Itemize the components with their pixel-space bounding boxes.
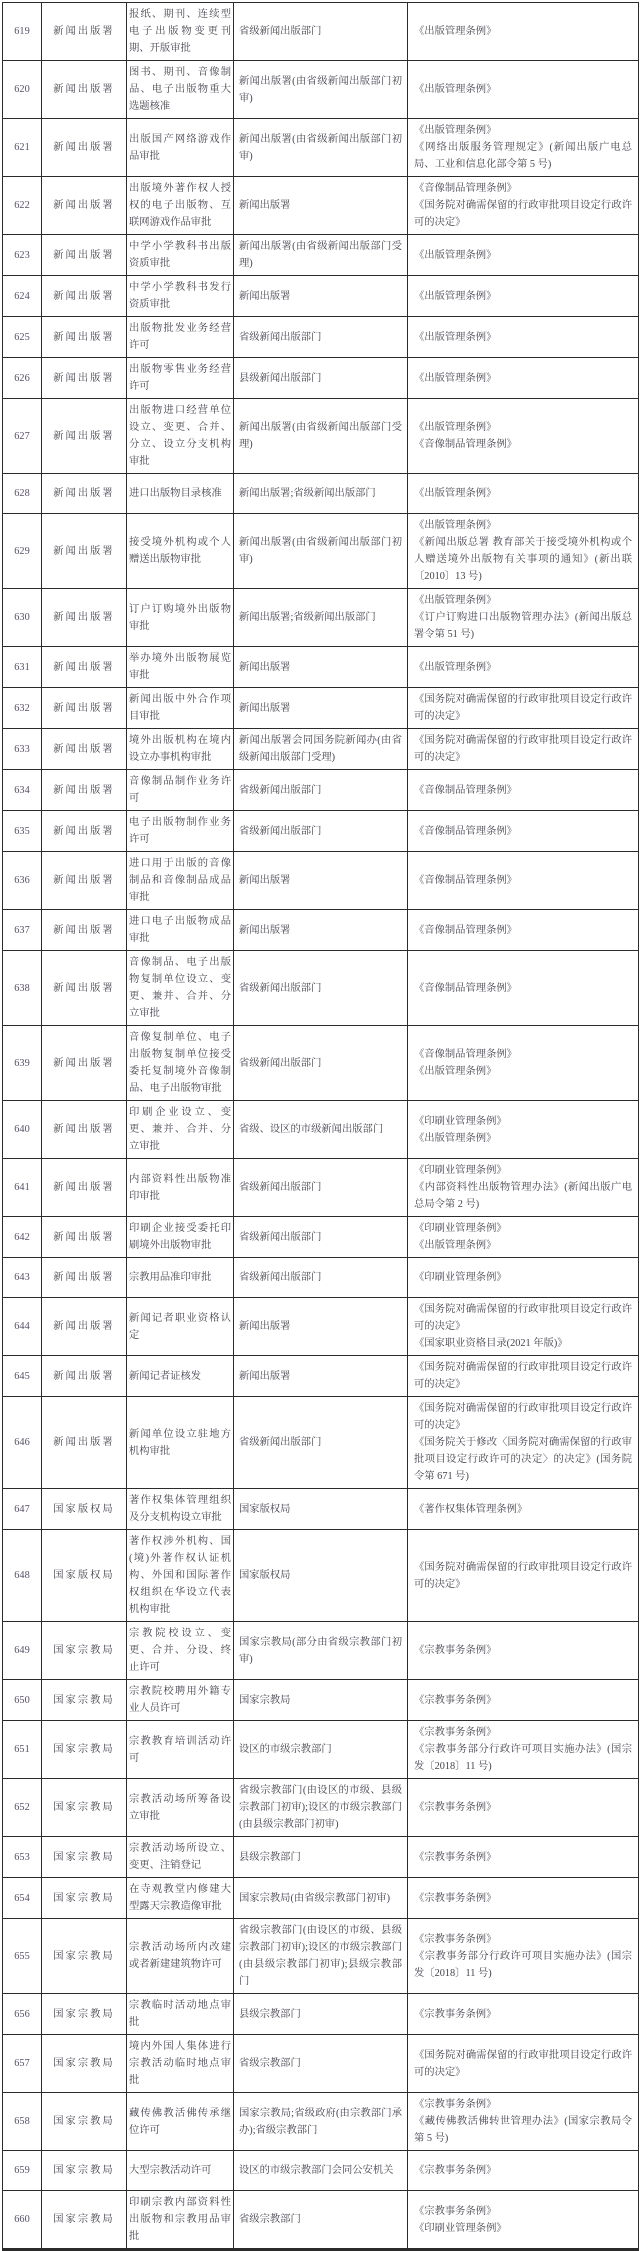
item-name-cell: 新闻记者证核发 [127, 1356, 234, 1397]
authority-cell: 新闻出版署 [234, 177, 408, 235]
table-row: 637新闻出版署进口电子出版物成品审批新闻出版署《音像制品管理条例》 [3, 910, 639, 951]
department-cell: 国家宗教局 [42, 1721, 127, 1779]
authority-cell: 新闻出版署 [234, 1298, 408, 1356]
legal-basis-entry: 《内部资料性出版物管理办法》(新闻出版广电总局令第 2 号) [414, 1179, 632, 1213]
row-number-cell: 654 [3, 1878, 42, 1919]
legal-basis-entry: 《宗教事务条例》 [414, 1692, 632, 1709]
table-row: 657国家宗教局境内外国人集体进行宗教活动临时地点审批省级宗教部门《国务院对确需… [3, 2035, 639, 2093]
legal-basis-entry: 《出版管理条例》 [414, 659, 632, 676]
legal-basis-entry: 《音像制品管理条例》 [414, 872, 632, 889]
authority-cell: 国家宗教局(由省级宗教部门初审) [234, 1878, 408, 1919]
item-name-cell: 中学小学教科书发行资质审批 [127, 276, 234, 317]
department-cell: 国家版权局 [42, 1530, 127, 1622]
legal-basis-entry: 《出版管理条例》 [414, 122, 632, 139]
row-number-cell: 636 [3, 852, 42, 910]
legal-basis-entry: 《音像制品管理条例》 [414, 980, 632, 997]
table-row: 654国家宗教局在寺观教堂内修建大型露天宗教造像审批国家宗教局(由省级宗教部门初… [3, 1878, 639, 1919]
department-cell: 新闻出版署 [42, 770, 127, 811]
approval-items-table: 619新闻出版署报纸、期刊、连续型电子出版物变更刊期、开版审批省级新闻出版部门《… [2, 2, 639, 2251]
item-name-cell: 接受境外机构或个人赠送出版物审批 [127, 514, 234, 589]
legal-basis-entry: 《国务院关于修改〈国务院对确需保留的行政审批项目设定行政许可的决定〉的决定》(国… [414, 1434, 632, 1485]
legal-basis-cell: 《音像制品管理条例》 [408, 811, 639, 852]
row-number-cell: 652 [3, 1779, 42, 1837]
row-number-cell: 660 [3, 2191, 42, 2250]
table-row: 655国家宗教局宗教活动场所内改建或者新建建筑物许可省级宗教部门(由设区的市级、… [3, 1919, 639, 1994]
department-cell: 新闻出版署 [42, 589, 127, 647]
department-cell: 新闻出版署 [42, 61, 127, 119]
legal-basis-entry: 《宗教事务条例》 [414, 1799, 632, 1816]
department-cell: 新闻出版署 [42, 514, 127, 589]
table-row: 623新闻出版署中学小学教科书出版资质审批新闻出版署(由省级新闻出版部门受理)《… [3, 235, 639, 276]
item-name-cell: 藏传佛教活佛传承继位许可 [127, 2093, 234, 2151]
table-row: 641新闻出版署内部资料性出版物准印审批省级新闻出版部门《印刷业管理条例》《内部… [3, 1159, 639, 1217]
table-row: 642新闻出版署印刷企业接受委托印刷境外出版物审批省级新闻出版部门《印刷业管理条… [3, 1217, 639, 1258]
legal-basis-entry: 《宗教事务条例》 [414, 1890, 632, 1907]
row-number-cell: 640 [3, 1101, 42, 1159]
row-number-cell: 647 [3, 1489, 42, 1530]
legal-basis-entry: 《出版管理条例》 [414, 1130, 632, 1147]
legal-basis-cell: 《音像制品管理条例》《国务院对确需保留的行政审批项目设定行政许可的决定》 [408, 177, 639, 235]
legal-basis-entry: 《音像制品管理条例》 [414, 782, 632, 799]
department-cell: 新闻出版署 [42, 177, 127, 235]
table-row: 659国家宗教局大型宗教活动许可设区的市级宗教部门会同公安机关《宗教事务条例》 [3, 2151, 639, 2191]
table-row: 627新闻出版署出版物进口经营单位设立、变更、合并、分立、设立分支机构审批新闻出… [3, 399, 639, 474]
row-number-cell: 658 [3, 2093, 42, 2151]
row-number-cell: 634 [3, 770, 42, 811]
item-name-cell: 报纸、期刊、连续型电子出版物变更刊期、开版审批 [127, 3, 234, 61]
row-number-cell: 619 [3, 3, 42, 61]
authority-cell: 省级宗教部门 [234, 2035, 408, 2093]
item-name-cell: 举办境外出版物展览审批 [127, 647, 234, 688]
row-number-cell: 635 [3, 811, 42, 852]
table-row: 620新闻出版署图书、期刊、音像制品、电子出版物重大选题核准新闻出版署(由省级新… [3, 61, 639, 119]
item-name-cell: 出版物零售业务经营许可 [127, 358, 234, 399]
authority-cell: 新闻出版署;省级新闻出版部门 [234, 474, 408, 514]
authority-cell: 省级新闻出版部门 [234, 1159, 408, 1217]
legal-basis-entry: 《音像制品管理条例》 [414, 922, 632, 939]
item-name-cell: 境内外国人集体进行宗教活动临时地点审批 [127, 2035, 234, 2093]
legal-basis-entry: 《国务院对确需保留的行政审批项目设定行政许可的决定》 [414, 1559, 632, 1593]
department-cell: 新闻出版署 [42, 729, 127, 770]
authority-cell: 省级宗教部门 [234, 2191, 408, 2250]
legal-basis-cell: 《出版管理条例》 [408, 3, 639, 61]
legal-basis-entry: 《国务院对确需保留的行政审批项目设定行政许可的决定》 [414, 2047, 632, 2081]
item-name-cell: 出版物进口经营单位设立、变更、合并、分立、设立分支机构审批 [127, 399, 234, 474]
department-cell: 新闻出版署 [42, 951, 127, 1026]
authority-cell: 新闻出版署 [234, 688, 408, 729]
authority-cell: 省级、设区的市级新闻出版部门 [234, 1101, 408, 1159]
row-number-cell: 649 [3, 1622, 42, 1680]
legal-basis-entry: 《出版管理条例》 [414, 517, 632, 534]
table-row: 649国家宗教局宗教院校设立、变更、合并、分设、终止许可国家宗教局(部分由省级宗… [3, 1622, 639, 1680]
item-name-cell: 图书、期刊、音像制品、电子出版物重大选题核准 [127, 61, 234, 119]
legal-basis-cell: 《出版管理条例》 [408, 61, 639, 119]
legal-basis-cell: 《印刷业管理条例》 [408, 1258, 639, 1298]
legal-basis-entry: 《出版管理条例》 [414, 247, 632, 264]
authority-cell: 省级新闻出版部门 [234, 1258, 408, 1298]
legal-basis-entry: 《宗教事务条例》 [414, 2162, 632, 2179]
table-row: 632新闻出版署新闻出版中外合作项目审批新闻出版署《国务院对确需保留的行政审批项… [3, 688, 639, 729]
item-name-cell: 进口出版物目录核准 [127, 474, 234, 514]
department-cell: 新闻出版署 [42, 1258, 127, 1298]
legal-basis-cell: 《国务院对确需保留的行政审批项目设定行政许可的决定》 [408, 1356, 639, 1397]
row-number-cell: 631 [3, 647, 42, 688]
legal-basis-entry: 《出版管理条例》 [414, 370, 632, 387]
row-number-cell: 625 [3, 317, 42, 358]
table-row: 638新闻出版署音像制品、电子出版物复制单位设立、变更、兼并、合并、分立审批省级… [3, 951, 639, 1026]
table-row: 647国家版权局著作权集体管理组织及分支机构设立审批国家版权局《著作权集体管理条… [3, 1489, 639, 1530]
table-row: 619新闻出版署报纸、期刊、连续型电子出版物变更刊期、开版审批省级新闻出版部门《… [3, 3, 639, 61]
row-number-cell: 651 [3, 1721, 42, 1779]
row-number-cell: 659 [3, 2151, 42, 2191]
department-cell: 国家宗教局 [42, 1837, 127, 1878]
authority-cell: 新闻出版署 [234, 647, 408, 688]
item-name-cell: 出版物批发业务经营许可 [127, 317, 234, 358]
legal-basis-entry: 《印刷业管理条例》 [414, 1162, 632, 1179]
department-cell: 国家宗教局 [42, 1919, 127, 1994]
legal-basis-cell: 《出版管理条例》 [408, 358, 639, 399]
row-number-cell: 655 [3, 1919, 42, 1994]
department-cell: 新闻出版署 [42, 399, 127, 474]
item-name-cell: 订户订购境外出版物审批 [127, 589, 234, 647]
authority-cell: 县级宗教部门 [234, 1837, 408, 1878]
legal-basis-cell: 《宗教事务条例》 [408, 1622, 639, 1680]
department-cell: 新闻出版署 [42, 852, 127, 910]
department-cell: 国家宗教局 [42, 2151, 127, 2191]
item-name-cell: 宗教活动场所设立、变更、注销登记 [127, 1837, 234, 1878]
row-number-cell: 624 [3, 276, 42, 317]
legal-basis-cell: 《出版管理条例》《新闻出版总署 教育部关于接受境外机构或个人赠送境外出版物有关事… [408, 514, 639, 589]
row-number-cell: 646 [3, 1397, 42, 1489]
authority-cell: 国家版权局 [234, 1489, 408, 1530]
row-number-cell: 657 [3, 2035, 42, 2093]
item-name-cell: 新闻出版中外合作项目审批 [127, 688, 234, 729]
department-cell: 新闻出版署 [42, 1356, 127, 1397]
authority-cell: 新闻出版署 [234, 1356, 408, 1397]
department-cell: 新闻出版署 [42, 3, 127, 61]
item-name-cell: 中学小学教科书出版资质审批 [127, 235, 234, 276]
legal-basis-cell: 《印刷业管理条例》《出版管理条例》 [408, 1217, 639, 1258]
legal-basis-cell: 《国务院对确需保留的行政审批项目设定行政许可的决定》 [408, 729, 639, 770]
row-number-cell: 622 [3, 177, 42, 235]
item-name-cell: 电子出版物制作业务许可 [127, 811, 234, 852]
legal-basis-cell: 《音像制品管理条例》《出版管理条例》 [408, 1026, 639, 1101]
item-name-cell: 大型宗教活动许可 [127, 2151, 234, 2191]
row-number-cell: 628 [3, 474, 42, 514]
legal-basis-entry: 《出版管理条例》 [414, 23, 632, 40]
item-name-cell: 音像制品、电子出版物复制单位设立、变更、兼并、合并、分立审批 [127, 951, 234, 1026]
table-row: 621新闻出版署出版国产网络游戏作品审批新闻出版署(由省级新闻出版部门初审)《出… [3, 119, 639, 177]
legal-basis-entry: 《音像制品管理条例》 [414, 823, 632, 840]
table-row: 635新闻出版署电子出版物制作业务许可省级新闻出版部门《音像制品管理条例》 [3, 811, 639, 852]
legal-basis-entry: 《宗教事务条例》 [414, 1931, 632, 1948]
department-cell: 国家宗教局 [42, 2191, 127, 2250]
department-cell: 新闻出版署 [42, 235, 127, 276]
legal-basis-entry: 《宗教事务条例》 [414, 1724, 632, 1741]
legal-basis-entry: 《订户订购进口出版物管理办法》(新闻出版总署令第 51 号) [414, 609, 632, 643]
legal-basis-cell: 《宗教事务条例》《宗教事务部分行政许可项目实施办法》(国宗发〔2018〕11 号… [408, 1721, 639, 1779]
legal-basis-cell: 《宗教事务条例》 [408, 1994, 639, 2035]
authority-cell: 省级宗教部门(由设区的市级、县级宗教部门初审);设区的市级宗教部门(由县级宗教部… [234, 1779, 408, 1837]
legal-basis-entry: 《宗教事务条例》 [414, 2006, 632, 2023]
legal-basis-entry: 《出版管理条例》 [414, 419, 632, 436]
table-row: 629新闻出版署接受境外机构或个人赠送出版物审批新闻出版署(由省级新闻出版部门初… [3, 514, 639, 589]
table-row: 636新闻出版署进口用于出版的音像制品和音像制品成品审批新闻出版署《音像制品管理… [3, 852, 639, 910]
legal-basis-entry: 《国务院对确需保留的行政审批项目设定行政许可的决定》 [414, 1301, 632, 1335]
department-cell: 新闻出版署 [42, 474, 127, 514]
authority-cell: 省级新闻出版部门 [234, 3, 408, 61]
legal-basis-cell: 《宗教事务条例》 [408, 1878, 639, 1919]
authority-cell: 省级新闻出版部门 [234, 770, 408, 811]
department-cell: 国家宗教局 [42, 2035, 127, 2093]
authority-cell: 国家版权局 [234, 1530, 408, 1622]
legal-basis-cell: 《宗教事务条例》《印刷业管理条例》 [408, 2191, 639, 2250]
department-cell: 新闻出版署 [42, 688, 127, 729]
legal-basis-cell: 《印刷业管理条例》《内部资料性出版物管理办法》(新闻出版广电总局令第 2 号) [408, 1159, 639, 1217]
legal-basis-entry: 《国家职业资格目录(2021 年版)》 [414, 1335, 632, 1352]
table-row: 624新闻出版署中学小学教科书发行资质审批新闻出版署《出版管理条例》 [3, 276, 639, 317]
table-row: 626新闻出版署出版物零售业务经营许可县级新闻出版部门《出版管理条例》 [3, 358, 639, 399]
legal-basis-entry: 《藏传佛教活佛转世管理办法》(国家宗教局令第 5 号) [414, 2113, 632, 2147]
authority-cell: 新闻出版署(由省级新闻出版部门初审) [234, 514, 408, 589]
table-row: 646新闻出版署新闻单位设立驻地方机构审批省级新闻出版部门《国务院对确需保留的行… [3, 1397, 639, 1489]
legal-basis-entry: 《出版管理条例》 [414, 1063, 632, 1080]
legal-basis-cell: 《音像制品管理条例》 [408, 910, 639, 951]
table-row: 651国家宗教局宗教教育培训活动许可设区的市级宗教部门《宗教事务条例》《宗教事务… [3, 1721, 639, 1779]
table-row: 650国家宗教局宗教院校聘用外籍专业人员许可国家宗教局《宗教事务条例》 [3, 1680, 639, 1721]
table-row: 633新闻出版署境外出版机构在境内设立办事机构审批新闻出版署会同国务院新闻办(由… [3, 729, 639, 770]
table-row: 658国家宗教局藏传佛教活佛传承继位许可国家宗教局;省级政府(由宗教部门承办);… [3, 2093, 639, 2151]
row-number-cell: 637 [3, 910, 42, 951]
authority-cell: 新闻出版署;省级新闻出版部门 [234, 589, 408, 647]
legal-basis-entry: 《宗教事务部分行政许可项目实施办法》(国宗发〔2018〕11 号) [414, 1948, 632, 1982]
item-name-cell: 进口电子出版物成品审批 [127, 910, 234, 951]
legal-basis-cell: 《出版管理条例》 [408, 235, 639, 276]
authority-cell: 新闻出版署 [234, 276, 408, 317]
legal-basis-entry: 《印刷业管理条例》 [414, 1269, 632, 1286]
legal-basis-cell: 《宗教事务条例》《藏传佛教活佛转世管理办法》(国家宗教局令第 5 号) [408, 2093, 639, 2151]
table-row: 625新闻出版署出版物批发业务经营许可省级新闻出版部门《出版管理条例》 [3, 317, 639, 358]
row-number-cell: 627 [3, 399, 42, 474]
authority-cell: 省级新闻出版部门 [234, 1026, 408, 1101]
authority-cell: 新闻出版署 [234, 910, 408, 951]
department-cell: 国家宗教局 [42, 1878, 127, 1919]
department-cell: 新闻出版署 [42, 1298, 127, 1356]
legal-basis-cell: 《宗教事务条例》 [408, 1680, 639, 1721]
legal-basis-entry: 《国务院对确需保留的行政审批项目设定行政许可的决定》 [414, 1359, 632, 1393]
item-name-cell: 宗教院校聘用外籍专业人员许可 [127, 1680, 234, 1721]
legal-basis-cell: 《国务院对确需保留的行政审批项目设定行政许可的决定》《国务院关于修改〈国务院对确… [408, 1397, 639, 1489]
row-number-cell: 626 [3, 358, 42, 399]
authority-cell: 设区的市级宗教部门会同公安机关 [234, 2151, 408, 2191]
department-cell: 国家宗教局 [42, 2093, 127, 2151]
legal-basis-entry: 《新闻出版总署 教育部关于接受境外机构或个人赠送境外出版物有关事项的通知》(新出… [414, 534, 632, 585]
legal-basis-entry: 《印刷业管理条例》 [414, 2220, 632, 2237]
item-name-cell: 新闻单位设立驻地方机构审批 [127, 1397, 234, 1489]
legal-basis-cell: 《国务院对确需保留的行政审批项目设定行政许可的决定》 [408, 1530, 639, 1622]
table-row: 648国家版权局著作权涉外机构、国(境)外著作权认证机构、外国和国际著作权组织在… [3, 1530, 639, 1622]
legal-basis-entry: 《宗教事务条例》 [414, 1849, 632, 1866]
table-row: 631新闻出版署举办境外出版物展览审批新闻出版署《出版管理条例》 [3, 647, 639, 688]
legal-basis-cell: 《音像制品管理条例》 [408, 951, 639, 1026]
item-name-cell: 在寺观教堂内修建大型露天宗教造像审批 [127, 1878, 234, 1919]
row-number-cell: 638 [3, 951, 42, 1026]
authority-cell: 国家宗教局;省级政府(由宗教部门承办);省级宗教部门 [234, 2093, 408, 2151]
table-row: 640新闻出版署印刷企业设立、变更、兼并、合并、分立审批省级、设区的市级新闻出版… [3, 1101, 639, 1159]
item-name-cell: 印刷企业设立、变更、兼并、合并、分立审批 [127, 1101, 234, 1159]
authority-cell: 县级新闻出版部门 [234, 358, 408, 399]
legal-basis-cell: 《宗教事务条例》 [408, 1837, 639, 1878]
table-row: 639新闻出版署音像复制单位、电子出版物复制单位接受委托复制境外音像制品、电子出… [3, 1026, 639, 1101]
row-number-cell: 644 [3, 1298, 42, 1356]
legal-basis-entry: 《宗教事务条例》 [414, 1642, 632, 1659]
table-row: 643新闻出版署宗教用品准印审批省级新闻出版部门《印刷业管理条例》 [3, 1258, 639, 1298]
row-number-cell: 632 [3, 688, 42, 729]
department-cell: 新闻出版署 [42, 1026, 127, 1101]
item-name-cell: 境外出版机构在境内设立办事机构审批 [127, 729, 234, 770]
legal-basis-entry: 《出版管理条例》 [414, 288, 632, 305]
item-name-cell: 音像复制单位、电子出版物复制单位接受委托复制境外音像制品、电子出版物审批 [127, 1026, 234, 1101]
legal-basis-cell: 《出版管理条例》 [408, 647, 639, 688]
authority-cell: 省级新闻出版部门 [234, 811, 408, 852]
legal-basis-cell: 《音像制品管理条例》 [408, 770, 639, 811]
authority-cell: 新闻出版署(由省级新闻出版部门受理) [234, 399, 408, 474]
legal-basis-entry: 《国务院对确需保留的行政审批项目设定行政许可的决定》 [414, 197, 632, 231]
row-number-cell: 639 [3, 1026, 42, 1101]
legal-basis-cell: 《出版管理条例》 [408, 276, 639, 317]
legal-basis-cell: 《宗教事务条例》 [408, 1779, 639, 1837]
department-cell: 新闻出版署 [42, 276, 127, 317]
approval-items-table-body: 619新闻出版署报纸、期刊、连续型电子出版物变更刊期、开版审批省级新闻出版部门《… [3, 3, 639, 2250]
row-number-cell: 653 [3, 1837, 42, 1878]
table-row: 634新闻出版署音像制品制作业务许可省级新闻出版部门《音像制品管理条例》 [3, 770, 639, 811]
authority-cell: 新闻出版署(由省级新闻出版部门初审) [234, 119, 408, 177]
row-number-cell: 648 [3, 1530, 42, 1622]
item-name-cell: 出版国产网络游戏作品审批 [127, 119, 234, 177]
authority-cell: 设区的市级宗教部门 [234, 1721, 408, 1779]
authority-cell: 省级新闻出版部门 [234, 317, 408, 358]
authority-cell: 省级宗教部门(由设区的市级、县级宗教部门初审);设区的市级宗教部门(由县级宗教部… [234, 1919, 408, 1994]
department-cell: 新闻出版署 [42, 317, 127, 358]
table-row: 656国家宗教局宗教临时活动地点审批县级宗教部门《宗教事务条例》 [3, 1994, 639, 2035]
legal-basis-cell: 《国务院对确需保留的行政审批项目设定行政许可的决定》 [408, 688, 639, 729]
legal-basis-entry: 《著作权集体管理条例》 [414, 1501, 632, 1518]
legal-basis-cell: 《出版管理条例》 [408, 474, 639, 514]
legal-basis-entry: 《音像制品管理条例》 [414, 1046, 632, 1063]
authority-cell: 新闻出版署 [234, 852, 408, 910]
row-number-cell: 620 [3, 61, 42, 119]
item-name-cell: 著作权集体管理组织及分支机构设立审批 [127, 1489, 234, 1530]
authority-cell: 县级宗教部门 [234, 1994, 408, 2035]
legal-basis-entry: 《出版管理条例》 [414, 485, 632, 502]
department-cell: 国家宗教局 [42, 1994, 127, 2035]
table-row: 628新闻出版署进口出版物目录核准新闻出版署;省级新闻出版部门《出版管理条例》 [3, 474, 639, 514]
legal-basis-entry: 《宗教事务条例》 [414, 2096, 632, 2113]
legal-basis-entry: 《国务院对确需保留的行政审批项目设定行政许可的决定》 [414, 1400, 632, 1434]
authority-cell: 省级新闻出版部门 [234, 1397, 408, 1489]
department-cell: 新闻出版署 [42, 1101, 127, 1159]
authority-cell: 新闻出版署会同国务院新闻办(由省级新闻出版部门受理) [234, 729, 408, 770]
department-cell: 新闻出版署 [42, 811, 127, 852]
row-number-cell: 629 [3, 514, 42, 589]
authority-cell: 新闻出版署(由省级新闻出版部门受理) [234, 235, 408, 276]
authority-cell: 新闻出版署(由省级新闻出版部门初审) [234, 61, 408, 119]
item-name-cell: 出版境外著作权人授权的电子出版物、互联网游戏作品审批 [127, 177, 234, 235]
department-cell: 新闻出版署 [42, 1159, 127, 1217]
legal-basis-cell: 《国务院对确需保留的行政审批项目设定行政许可的决定》 [408, 2035, 639, 2093]
row-number-cell: 643 [3, 1258, 42, 1298]
authority-cell: 国家宗教局(部分由省级宗教部门初审) [234, 1622, 408, 1680]
legal-basis-entry: 《出版管理条例》 [414, 329, 632, 346]
item-name-cell: 印刷企业接受委托印刷境外出版物审批 [127, 1217, 234, 1258]
item-name-cell: 宗教活动场所内改建或者新建建筑物许可 [127, 1919, 234, 1994]
item-name-cell: 宗教院校设立、变更、合并、分设、终止许可 [127, 1622, 234, 1680]
row-number-cell: 642 [3, 1217, 42, 1258]
department-cell: 新闻出版署 [42, 647, 127, 688]
department-cell: 国家宗教局 [42, 1622, 127, 1680]
legal-basis-entry: 《出版管理条例》 [414, 592, 632, 609]
authority-cell: 省级新闻出版部门 [234, 951, 408, 1026]
item-name-cell: 音像制品制作业务许可 [127, 770, 234, 811]
legal-basis-entry: 《网络出版服务管理规定》(新闻出版广电总局、工业和信息化部令第 5 号) [414, 139, 632, 173]
legal-basis-cell: 《宗教事务条例》《宗教事务部分行政许可项目实施办法》(国宗发〔2018〕11 号… [408, 1919, 639, 1994]
legal-basis-cell: 《音像制品管理条例》 [408, 852, 639, 910]
row-number-cell: 641 [3, 1159, 42, 1217]
department-cell: 新闻出版署 [42, 1217, 127, 1258]
department-cell: 新闻出版署 [42, 910, 127, 951]
legal-basis-cell: 《出版管理条例》《订户订购进口出版物管理办法》(新闻出版总署令第 51 号) [408, 589, 639, 647]
legal-basis-cell: 《著作权集体管理条例》 [408, 1489, 639, 1530]
row-number-cell: 656 [3, 1994, 42, 2035]
legal-basis-entry: 《出版管理条例》 [414, 81, 632, 98]
legal-basis-cell: 《出版管理条例》 [408, 317, 639, 358]
table-row: 653国家宗教局宗教活动场所设立、变更、注销登记县级宗教部门《宗教事务条例》 [3, 1837, 639, 1878]
item-name-cell: 宗教临时活动地点审批 [127, 1994, 234, 2035]
legal-basis-entry: 《国务院对确需保留的行政审批项目设定行政许可的决定》 [414, 732, 632, 766]
department-cell: 国家版权局 [42, 1489, 127, 1530]
row-number-cell: 630 [3, 589, 42, 647]
legal-basis-entry: 《宗教事务部分行政许可项目实施办法》(国宗发〔2018〕11 号) [414, 1741, 632, 1775]
item-name-cell: 宗教用品准印审批 [127, 1258, 234, 1298]
table-row: 622新闻出版署出版境外著作权人授权的电子出版物、互联网游戏作品审批新闻出版署《… [3, 177, 639, 235]
table-row: 630新闻出版署订户订购境外出版物审批新闻出版署;省级新闻出版部门《出版管理条例… [3, 589, 639, 647]
legal-basis-entry: 《国务院对确需保留的行政审批项目设定行政许可的决定》 [414, 691, 632, 725]
legal-basis-cell: 《印刷业管理条例》《出版管理条例》 [408, 1101, 639, 1159]
department-cell: 新闻出版署 [42, 358, 127, 399]
item-name-cell: 宗教教育培训活动许可 [127, 1721, 234, 1779]
department-cell: 新闻出版署 [42, 1397, 127, 1489]
row-number-cell: 621 [3, 119, 42, 177]
table-row: 660国家宗教局印刷宗教内部资料性出版物和宗教用品审批省级宗教部门《宗教事务条例… [3, 2191, 639, 2250]
authority-cell: 省级新闻出版部门 [234, 1217, 408, 1258]
legal-basis-entry: 《音像制品管理条例》 [414, 180, 632, 197]
legal-basis-cell: 《出版管理条例》《音像制品管理条例》 [408, 399, 639, 474]
legal-basis-entry: 《出版管理条例》 [414, 1237, 632, 1254]
legal-basis-cell: 《宗教事务条例》 [408, 2151, 639, 2191]
item-name-cell: 著作权涉外机构、国(境)外著作权认证机构、外国和国际著作权组织在华设立代表机构审… [127, 1530, 234, 1622]
table-row: 645新闻出版署新闻记者证核发新闻出版署《国务院对确需保留的行政审批项目设定行政… [3, 1356, 639, 1397]
item-name-cell: 内部资料性出版物准印审批 [127, 1159, 234, 1217]
row-number-cell: 650 [3, 1680, 42, 1721]
legal-basis-entry: 《印刷业管理条例》 [414, 1113, 632, 1130]
department-cell: 国家宗教局 [42, 1779, 127, 1837]
item-name-cell: 印刷宗教内部资料性出版物和宗教用品审批 [127, 2191, 234, 2250]
department-cell: 新闻出版署 [42, 119, 127, 177]
item-name-cell: 新闻记者职业资格认定 [127, 1298, 234, 1356]
row-number-cell: 623 [3, 235, 42, 276]
authority-cell: 国家宗教局 [234, 1680, 408, 1721]
table-row: 652国家宗教局宗教活动场所筹备设立审批省级宗教部门(由设区的市级、县级宗教部门… [3, 1779, 639, 1837]
